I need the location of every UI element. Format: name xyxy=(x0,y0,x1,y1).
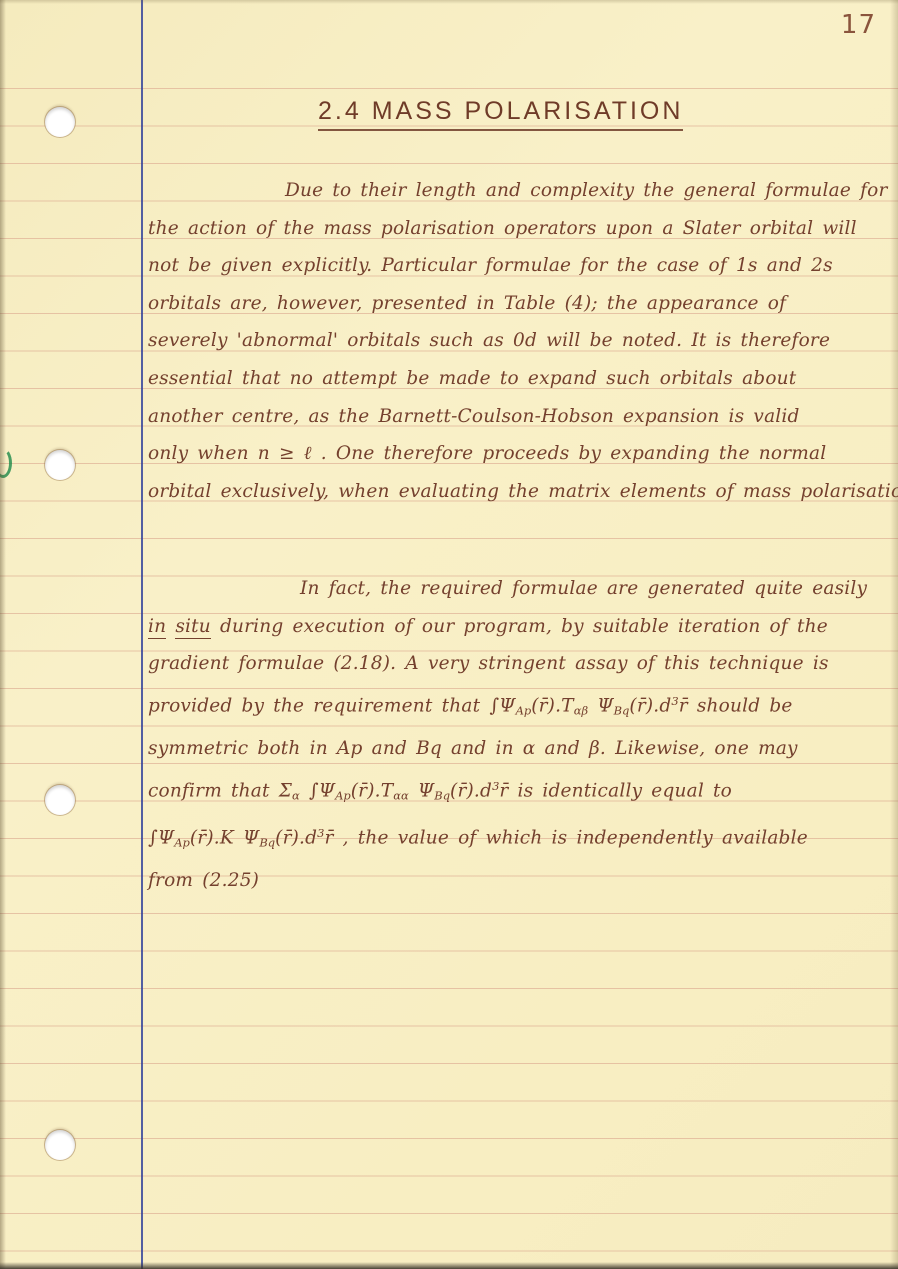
handwritten-line: from (2.25) xyxy=(148,862,864,900)
section-title: 2.4 MASS POLARISATION xyxy=(318,97,683,131)
green-ink-mark xyxy=(0,448,12,478)
handwritten-line: another centre, as the Barnett-Coulson-H… xyxy=(148,398,864,436)
page-number: 17 xyxy=(841,10,876,40)
hole-punch xyxy=(45,785,75,815)
page-edge-shadow-right xyxy=(890,0,898,1269)
handwritten-line: provided by the requirement that ∫ΨAp(r̄… xyxy=(148,683,864,730)
handwritten-line: symmetric both in Ap and Bq and in α and… xyxy=(148,730,864,768)
handwritten-line: orbital exclusively, when evaluating the… xyxy=(148,473,864,511)
handwritten-line: severely 'abnormal' orbitals such as 0d … xyxy=(148,322,864,360)
hole-punch xyxy=(45,1130,75,1160)
handwritten-line: essential that no attempt be made to exp… xyxy=(148,360,864,398)
page-edge-shadow-bottom xyxy=(0,1262,898,1269)
handwritten-line: not be given explicitly. Particular form… xyxy=(148,247,864,285)
handwritten-line: Due to their length and complexity the g… xyxy=(148,172,864,210)
handwritten-line: confirm that Σα ∫ΨAp(r̄).Tαα ΨBq(r̄).d3r… xyxy=(148,768,864,815)
page-edge-shadow-top xyxy=(0,0,898,4)
handwritten-line: In fact, the required formulae are gener… xyxy=(148,570,864,608)
handwritten-line: gradient formulae (2.18). A very stringe… xyxy=(148,645,864,683)
hole-punch xyxy=(45,450,75,480)
page-edge-shadow-left xyxy=(0,0,6,1269)
paragraph-2: In fact, the required formulae are gener… xyxy=(148,570,864,900)
handwritten-line: ∫ΨAp(r̄).K ΨBq(r̄).d3r̄ , the value of w… xyxy=(148,815,864,862)
hole-punch xyxy=(45,107,75,137)
handwritten-line: only when n ≥ ℓ . One therefore proceeds… xyxy=(148,435,864,473)
handwritten-line: in situ during execution of our program,… xyxy=(148,608,864,646)
paragraph-1: Due to their length and complexity the g… xyxy=(148,172,864,510)
notebook-page: 17 2.4 MASS POLARISATION Due to their le… xyxy=(0,0,898,1269)
margin-line xyxy=(141,0,143,1269)
handwritten-line: the action of the mass polarisation oper… xyxy=(148,210,864,248)
handwritten-line: orbitals are, however, presented in Tabl… xyxy=(148,285,864,323)
